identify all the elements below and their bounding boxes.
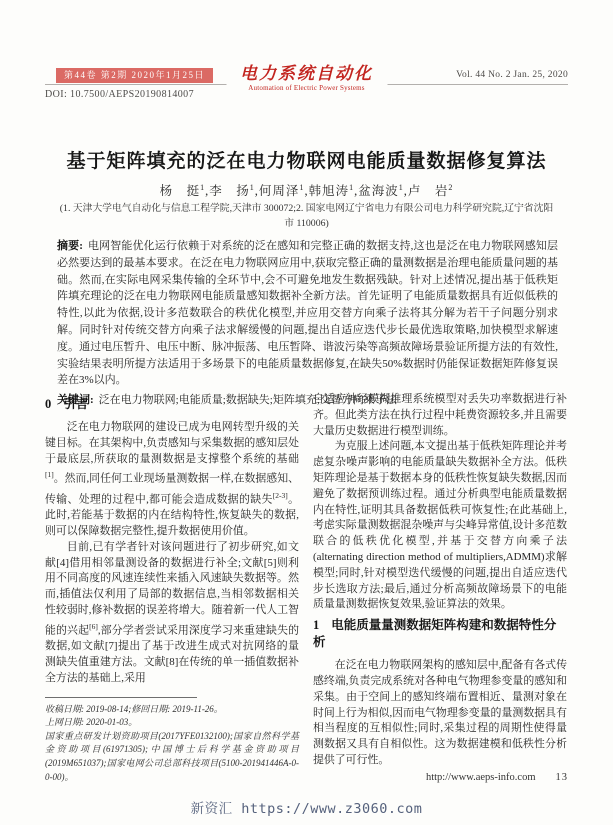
footnote-received-dates: 收稿日期: 2019-08-14;修回日期: 2019-11-26。 xyxy=(45,703,299,717)
column-left: 0引言 泛在电力物联网的建设已成为电网转型升级的关键目标。在其架构中,负责感知与… xyxy=(45,392,299,784)
footnote-divider xyxy=(45,697,197,698)
journal-header: 第44卷 第2期 2020年1月25日 DOI: 10.7500/AEPS201… xyxy=(45,64,568,110)
watermark-link: 新资汇 https://www.z3060.com xyxy=(0,797,613,817)
journal-name-en: Automation of Electric Power Systems xyxy=(240,84,373,92)
section-title: 引言 xyxy=(63,397,88,411)
issue-badge: 第44卷 第2期 2020年1月25日 xyxy=(56,68,213,83)
journal-logo: 电力系统自动化 Automation of Electric Power Sys… xyxy=(226,64,387,92)
body-paragraph: 在泛在电力物联网架构的感知层中,配备有各式传感终端,负责完成系统对各种电气物理参… xyxy=(313,658,567,769)
paper-title: 基于矩阵填充的泛在电力物联网电能质量数据修复算法 xyxy=(0,146,613,173)
abstract-paragraph: 摘要:电网智能优化运行依赖于对系统的泛在感知和完整正确的数据支持,这也是泛在电力… xyxy=(57,238,558,389)
abstract-label: 摘要: xyxy=(57,240,83,252)
footnote-funding: 国家重点研发计划资助项目(2017YFE0132100);国家自然科学基金资助项… xyxy=(45,730,299,784)
body-paragraph: 为克服上述问题,本文提出基于低秩矩阵理论并考虑复杂噪声影响的电能质量缺失数据补全… xyxy=(313,439,567,613)
body-paragraph: 泛在电力物联网的建设已成为电网转型升级的关键目标。在其架构中,负责感知与采集数据… xyxy=(45,420,299,540)
body-paragraph: 自适应神经模糊推理系统模型对丢失功率数据进行补齐。但此类方法在执行过程中耗费资源… xyxy=(313,392,567,439)
column-right: 自适应神经模糊推理系统模型对丢失功率数据进行补齐。但此类方法在执行过程中耗费资源… xyxy=(313,392,567,784)
section-heading-1: 1电能质量量测数据矩阵构建和数据特性分析 xyxy=(313,617,567,651)
journal-url: http://www.aeps-info.com xyxy=(426,772,536,783)
section-title: 电能质量量测数据矩阵构建和数据特性分析 xyxy=(313,618,556,649)
paper-page: 第44卷 第2期 2020年1月25日 DOI: 10.7500/AEPS201… xyxy=(0,0,613,825)
journal-name-cn: 电力系统自动化 xyxy=(240,64,373,83)
section-heading-0: 0引言 xyxy=(45,396,299,413)
footnote-online-date: 上网日期: 2020-01-03。 xyxy=(45,716,299,730)
author-line: 杨 挺1,李 扬1,何周泽1,韩旭涛1,盆海波1,卢 岩2 xyxy=(0,181,613,199)
body-columns: 0引言 泛在电力物联网的建设已成为电网转型升级的关键目标。在其架构中,负责感知与… xyxy=(45,392,568,784)
abstract-section: 摘要:电网智能优化运行依赖于对系统的泛在感知和完整正确的数据支持,这也是泛在电力… xyxy=(57,238,558,409)
section-number: 1 xyxy=(313,618,319,632)
page-footer: http://www.aeps-info.com13 xyxy=(426,772,568,783)
section-number: 0 xyxy=(45,397,51,411)
page-number: 13 xyxy=(556,772,569,783)
affiliation: (1. 天津大学电气自动化与信息工程学院,天津市 300072;2. 国家电网辽… xyxy=(56,201,557,231)
doi-text: DOI: 10.7500/AEPS20190814007 xyxy=(45,89,194,100)
body-paragraph: 目前,已有学者针对该问题进行了初步研究,如文献[4]借用相邻量测设备的数据进行补… xyxy=(45,540,299,687)
volume-info: Vol. 44 No. 2 Jan. 25, 2020 xyxy=(456,70,568,80)
abstract-text: 电网智能优化运行依赖于对系统的泛在感知和完整正确的数据支持,这也是泛在电力物联网… xyxy=(57,240,558,386)
